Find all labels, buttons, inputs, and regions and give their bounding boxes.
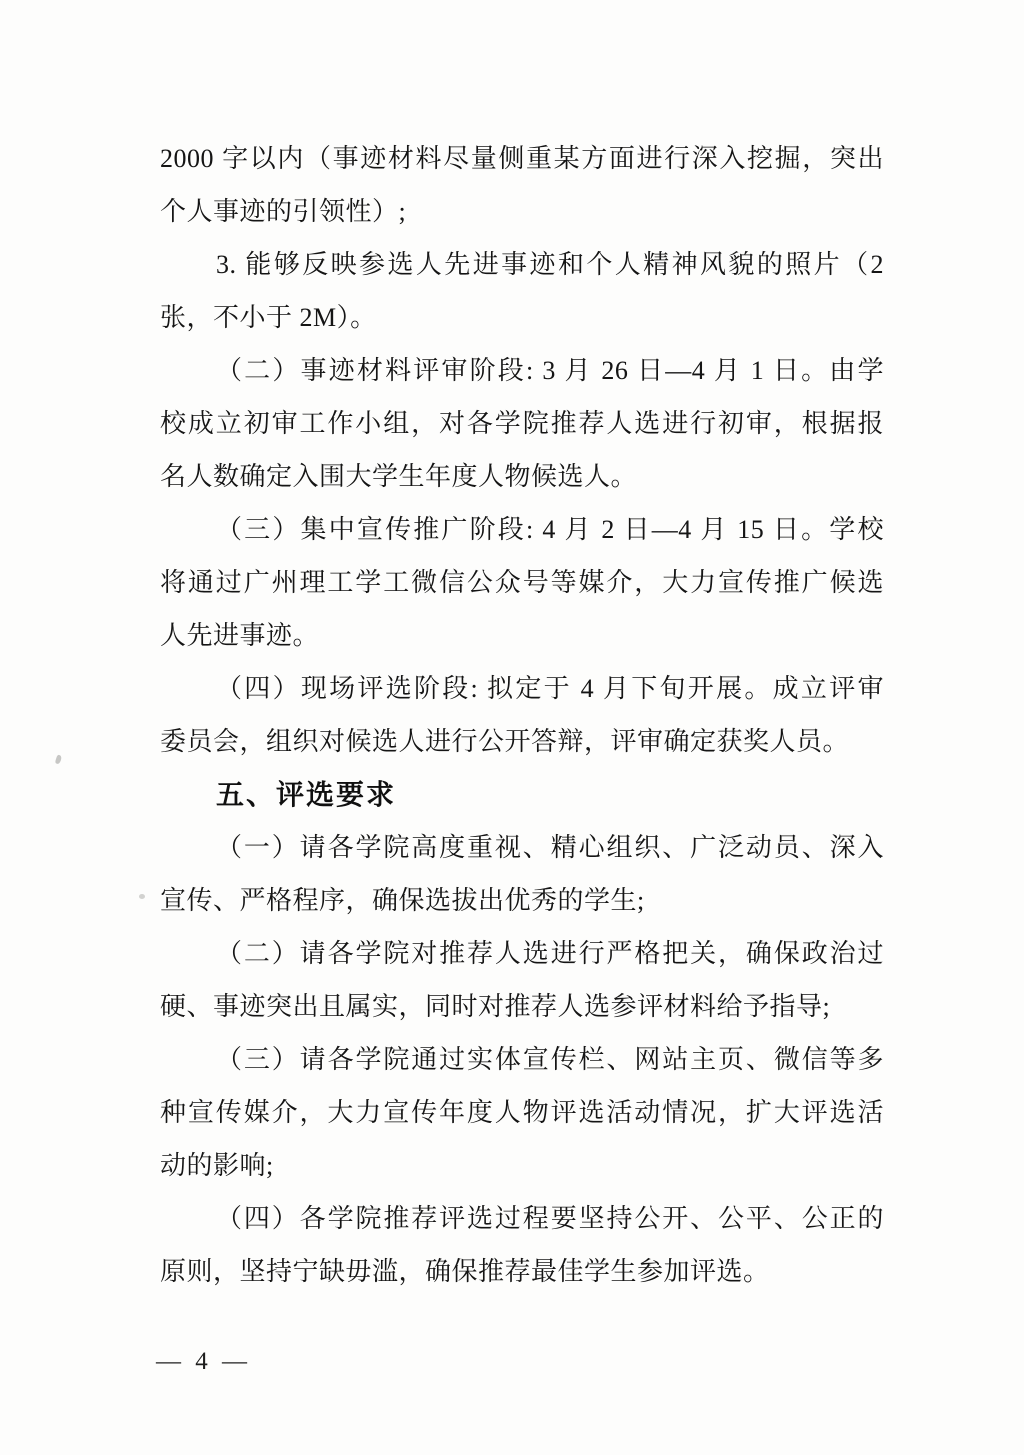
text-line: 原则，坚持宁缺毋滥，确保推荐最佳学生参加评选。 xyxy=(160,1245,884,1298)
text-line: 动的影响; xyxy=(160,1139,884,1192)
text-line: （三）请各学院通过实体宣传栏、网站主页、微信等多 xyxy=(160,1033,884,1086)
text-line: （二）请各学院对推荐人选进行严格把关，确保政治过 xyxy=(160,927,884,980)
text-line: 宣传、严格程序，确保选拔出优秀的学生; xyxy=(160,874,884,927)
text-line: 委员会，组织对候选人进行公开答辩，评审确定获奖人员。 xyxy=(160,715,884,768)
text-line: 硬、事迹突出且属实，同时对推荐人选参评材料给予指导; xyxy=(160,980,884,1033)
text-line: 2000 字以内（事迹材料尽量侧重某方面进行深入挖掘，突出 xyxy=(160,132,884,185)
text-line: 3. 能够反映参选人先进事迹和个人精神风貌的照片（2 xyxy=(160,238,884,291)
scan-artifact xyxy=(55,754,63,764)
page-number: — 4 — xyxy=(156,1335,251,1388)
text-line: 校成立初审工作小组，对各学院推荐人选进行初审，根据报 xyxy=(160,397,884,450)
section-heading: 五、评选要求 xyxy=(160,768,884,821)
scan-artifact xyxy=(139,894,145,899)
text-line: （二）事迹材料评审阶段: 3 月 26 日—4 月 1 日。由学 xyxy=(160,344,884,397)
text-line: （四）现场评选阶段: 拟定于 4 月下旬开展。成立评审 xyxy=(160,662,884,715)
document-page: 2000 字以内（事迹材料尽量侧重某方面进行深入挖掘，突出个人事迹的引领性）;3… xyxy=(0,0,1024,1455)
text-line: 个人事迹的引领性）; xyxy=(160,185,884,238)
text-line: 张，不小于 2M）。 xyxy=(160,291,884,344)
text-line: 将通过广州理工学工微信公众号等媒介，大力宣传推广候选 xyxy=(160,556,884,609)
text-line: （四）各学院推荐评选过程要坚持公开、公平、公正的 xyxy=(160,1192,884,1245)
text-line: （一）请各学院高度重视、精心组织、广泛动员、深入 xyxy=(160,821,884,874)
text-line: 名人数确定入围大学生年度人物候选人。 xyxy=(160,450,884,503)
text-line: 种宣传媒介，大力宣传年度人物评选活动情况，扩大评选活 xyxy=(160,1086,884,1139)
text-line: （三）集中宣传推广阶段: 4 月 2 日—4 月 15 日。学校 xyxy=(160,503,884,556)
text-line: 人先进事迹。 xyxy=(160,609,884,662)
document-body: 2000 字以内（事迹材料尽量侧重某方面进行深入挖掘，突出个人事迹的引领性）;3… xyxy=(160,132,884,1298)
